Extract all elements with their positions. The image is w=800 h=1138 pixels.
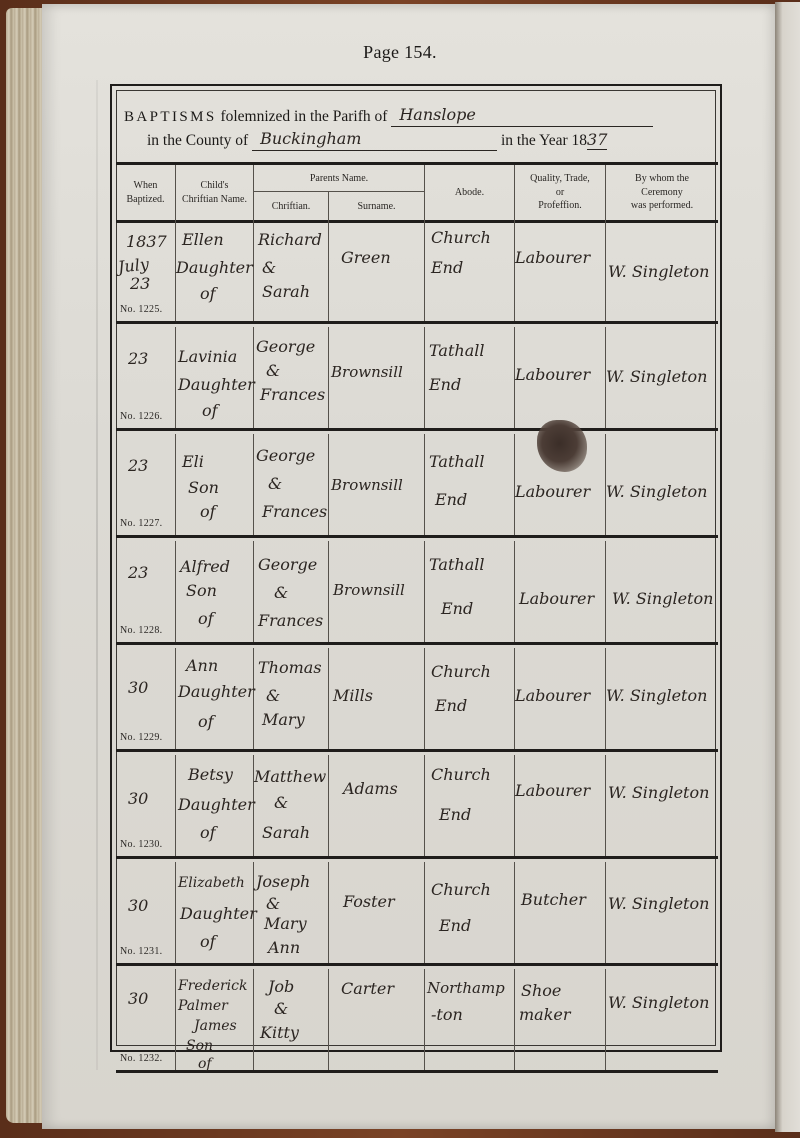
handwritten-text: Tathall — [429, 343, 484, 359]
handwritten-text: Ann — [268, 940, 300, 956]
handwritten-text: By whom the — [631, 172, 693, 186]
cell-parents-surname: Carter — [329, 969, 425, 1070]
handwritten-text: Green — [341, 250, 391, 266]
handwritten-text: Labourer — [515, 688, 590, 704]
handwritten-text: & — [274, 1001, 288, 1017]
handwritten-text: Sarah — [262, 284, 310, 300]
entry-number: No. 1228. — [120, 625, 162, 636]
handwritten-text: Daughter — [178, 377, 255, 393]
cell-when: 30 No. 1229. — [116, 648, 176, 749]
handwritten-text: James — [194, 1019, 237, 1033]
cell-when: 23 No. 1228. — [116, 541, 176, 642]
handwritten-text: Daughter — [178, 797, 255, 813]
handwritten-text: Frances — [260, 387, 325, 403]
cell-abode: Church End — [425, 220, 515, 321]
handwritten-text: Frances — [258, 613, 323, 629]
handwritten-text: of — [198, 714, 214, 730]
cell-parents-christian: Matthew & Sarah — [254, 755, 329, 856]
handwritten-text: When — [126, 179, 164, 193]
cell-officiant: W. Singleton — [606, 327, 718, 428]
cell-parents-surname: Foster — [329, 862, 425, 963]
handwritten-text: 30 — [128, 791, 148, 807]
handwritten-text: Church — [431, 664, 491, 680]
cell-officiant: W. Singleton — [606, 755, 718, 856]
handwritten-text: Labourer — [515, 484, 590, 500]
cell-abode: Tathall End — [425, 434, 515, 535]
handwritten-text: 23 — [128, 458, 148, 474]
handwritten-text: of — [200, 825, 216, 841]
county-label: in the County of — [147, 132, 248, 149]
title-baptisms: BAPTISMS — [124, 109, 217, 125]
cell-parents-surname: Brownsill — [329, 327, 425, 428]
handwritten-text: 1837 — [126, 234, 167, 250]
handwritten-text: End — [439, 918, 471, 934]
handwritten-text: Labourer — [515, 367, 590, 383]
handwritten-text: End — [435, 492, 467, 508]
table-row: 30 No. 1229. Ann Daughter of Thomas & Ma… — [116, 648, 718, 752]
handwritten-text: or — [530, 186, 590, 200]
handwritten-text: Brownsill — [331, 365, 403, 380]
handwritten-text: Tathall — [429, 557, 484, 573]
header-officiant: By whom theCeremonywas performed. — [606, 165, 718, 220]
baptism-entries: 1837 July 23 No. 1225. Ellen Daughter of… — [116, 220, 718, 1076]
handwritten-text: & — [262, 260, 276, 276]
table-header: WhenBaptized. Child'sChriftian Name. Par… — [116, 162, 718, 223]
handwritten-text: Frederick — [178, 979, 247, 993]
handwritten-text: Thomas — [258, 660, 322, 676]
table-row: 30 No. 1230. Betsy Daughter of Matthew &… — [116, 755, 718, 859]
handwritten-text: Church — [431, 230, 491, 246]
handwritten-text: Baptized. — [126, 193, 164, 207]
header-parents: Parents Name. — [254, 165, 425, 192]
cell-when: 23 No. 1227. — [116, 434, 176, 535]
cell-trade: Labourer — [515, 327, 606, 428]
table-row: 23 No. 1226. Lavinia Daughter of George … — [116, 327, 718, 431]
cell-when: 30 No. 1232. — [116, 969, 176, 1070]
title-parish-label: folemnized in the Parifh of — [220, 108, 387, 125]
handwritten-text: 30 — [128, 898, 148, 914]
entry-number: No. 1226. — [120, 411, 162, 422]
handwritten-text: Church — [431, 767, 491, 783]
cell-officiant: W. Singleton — [606, 220, 718, 321]
handwritten-text: Alfred — [180, 559, 230, 575]
handwritten-text: End — [441, 601, 473, 617]
handwritten-text: W. Singleton — [608, 264, 709, 280]
page-crease — [96, 80, 98, 1070]
entry-number: No. 1231. — [120, 946, 162, 957]
handwritten-text: End — [429, 377, 461, 393]
cell-when: 1837 July 23 No. 1225. — [116, 220, 176, 321]
cell-abode: Northamp -ton — [425, 969, 515, 1070]
handwritten-text: Son — [186, 1039, 213, 1053]
cell-child: Elizabeth Daughter of — [176, 862, 254, 963]
year-label: in the Year 18 — [501, 132, 587, 149]
handwritten-text: July — [117, 256, 149, 275]
cell-trade: Butcher — [515, 862, 606, 963]
handwritten-text: & — [274, 795, 288, 811]
title-line-county: in the County of Buckingham in the Year … — [147, 130, 607, 151]
page-number: Page 154. — [0, 42, 800, 63]
cell-child: Frederick Palmer James Son of — [176, 969, 254, 1070]
entry-number: No. 1227. — [120, 518, 162, 529]
handwritten-text: Betsy — [188, 767, 233, 783]
cell-parents-christian: Joseph & Mary Ann — [254, 862, 329, 963]
handwritten-text: Church — [431, 882, 491, 898]
handwritten-text: Brownsill — [331, 478, 403, 493]
cell-child: Eli Son of — [176, 434, 254, 535]
handwritten-text: W. Singleton — [608, 896, 709, 912]
county-field: Buckingham — [252, 130, 497, 151]
handwritten-text: Shoe — [521, 983, 561, 999]
handwritten-text: 30 — [128, 991, 148, 1007]
handwritten-text: Sarah — [262, 825, 310, 841]
handwritten-text: Quality, Trade, — [530, 172, 590, 186]
cell-officiant: W. Singleton — [606, 434, 718, 535]
handwritten-text: Kitty — [260, 1025, 299, 1041]
handwritten-text: & — [266, 688, 280, 704]
cell-child: Ellen Daughter of — [176, 220, 254, 321]
handwritten-text: Eli — [182, 454, 204, 470]
handwritten-text: Ann — [186, 658, 218, 674]
table-row: 30 No. 1231. Elizabeth Daughter of Josep… — [116, 862, 718, 966]
parish-value: Hanslope — [391, 105, 475, 124]
handwritten-text: Lavinia — [178, 349, 237, 365]
handwritten-text: of — [198, 611, 214, 627]
cell-abode: Tathall End — [425, 541, 515, 642]
handwritten-text: 23 — [130, 276, 150, 292]
handwritten-text: Chriftian Name. — [182, 193, 247, 207]
handwritten-text: Labourer — [515, 250, 590, 266]
handwritten-text: -ton — [431, 1007, 463, 1023]
handwritten-text: W. Singleton — [612, 591, 713, 607]
handwritten-text: Profeffion. — [530, 199, 590, 213]
header-parents-surname: Surname. — [329, 192, 425, 220]
cell-parents-surname: Brownsill — [329, 541, 425, 642]
handwritten-text: George — [256, 339, 315, 355]
cell-parents-surname: Adams — [329, 755, 425, 856]
cell-officiant: W. Singleton — [606, 648, 718, 749]
handwritten-text: Son — [186, 583, 217, 599]
handwritten-text: W. Singleton — [608, 995, 709, 1011]
cell-officiant: W. Singleton — [606, 862, 718, 963]
handwritten-text: Job — [268, 979, 294, 995]
cell-abode: Church End — [425, 862, 515, 963]
header-child-name: Child'sChriftian Name. — [176, 165, 254, 220]
handwritten-text: & — [268, 476, 282, 492]
handwritten-text: Palmer — [178, 999, 228, 1013]
cell-child: Ann Daughter of — [176, 648, 254, 749]
handwritten-text: of — [198, 1057, 212, 1071]
handwritten-text: Daughter — [178, 684, 255, 700]
handwritten-text: Joseph — [256, 874, 310, 890]
handwritten-text: Ellen — [182, 232, 224, 248]
entry-number: No. 1225. — [120, 304, 162, 315]
table-row: 1837 July 23 No. 1225. Ellen Daughter of… — [116, 220, 718, 324]
handwritten-text: 23 — [128, 565, 148, 581]
handwritten-text: Daughter — [176, 260, 253, 276]
handwritten-text: End — [439, 807, 471, 823]
handwritten-text: End — [435, 698, 467, 714]
handwritten-text: End — [431, 260, 463, 276]
cell-trade: Labourer — [515, 220, 606, 321]
cell-when: 30 No. 1231. — [116, 862, 176, 963]
cell-trade: Labourer — [515, 648, 606, 749]
handwritten-text: Labourer — [519, 591, 594, 607]
handwritten-text: & — [274, 585, 288, 601]
cell-child: Alfred Son of — [176, 541, 254, 642]
handwritten-text: W. Singleton — [608, 785, 709, 801]
handwritten-text: Brownsill — [333, 583, 405, 598]
handwritten-text: George — [258, 557, 317, 573]
handwritten-text: Carter — [341, 981, 394, 997]
cell-child: Betsy Daughter of — [176, 755, 254, 856]
table-row: 23 No. 1227. Eli Son of George & Frances… — [116, 434, 718, 538]
handwritten-text: maker — [519, 1007, 571, 1023]
handwritten-text: Frances — [262, 504, 327, 520]
cell-child: Lavinia Daughter of — [176, 327, 254, 428]
handwritten-text: Labourer — [515, 783, 590, 799]
cell-parents-christian: Job & Kitty — [254, 969, 329, 1070]
parish-field: Hanslope — [391, 106, 653, 127]
handwritten-text: Mills — [333, 688, 373, 704]
cell-abode: Church End — [425, 755, 515, 856]
cell-parents-christian: Thomas & Mary — [254, 648, 329, 749]
handwritten-text: W. Singleton — [606, 369, 707, 385]
entry-number: No. 1232. — [120, 1053, 162, 1064]
cell-parents-surname: Mills — [329, 648, 425, 749]
cell-parents-christian: George & Frances — [254, 541, 329, 642]
handwritten-text: Mary — [262, 712, 305, 728]
cell-trade: Labourer — [515, 541, 606, 642]
cell-parents-surname: Brownsill — [329, 434, 425, 535]
handwritten-text: & — [266, 363, 280, 379]
handwritten-text: Daughter — [180, 906, 257, 922]
handwritten-text: of — [200, 286, 216, 302]
header-when: WhenBaptized. — [116, 165, 176, 220]
cell-trade: Labourer — [515, 755, 606, 856]
cell-parents-christian: George & Frances — [254, 434, 329, 535]
handwritten-text: Mary — [264, 916, 307, 932]
table-row: 30 No. 1232. Frederick Palmer James Son … — [116, 969, 718, 1073]
handwritten-text: Northamp — [427, 981, 505, 996]
handwritten-text: George — [256, 448, 315, 464]
handwritten-text: of — [200, 934, 216, 950]
handwritten-text: of — [202, 403, 218, 419]
year-value: 37 — [587, 130, 607, 150]
handwritten-text: Richard — [258, 232, 322, 248]
cell-officiant: W. Singleton — [606, 969, 718, 1070]
handwritten-text: W. Singleton — [606, 484, 707, 500]
handwritten-text: Child's — [182, 179, 247, 193]
cell-officiant: W. Singleton — [606, 541, 718, 642]
handwritten-text: Butcher — [521, 892, 586, 908]
cell-when: 23 No. 1226. — [116, 327, 176, 428]
handwritten-text: Tathall — [429, 454, 484, 470]
entry-number: No. 1229. — [120, 732, 162, 743]
cell-parents-christian: Richard & Sarah — [254, 220, 329, 321]
header-quality: Quality, Trade,orProfeffion. — [515, 165, 606, 220]
handwritten-text: Elizabeth — [178, 876, 245, 890]
cell-abode: Church End — [425, 648, 515, 749]
handwritten-text: 23 — [128, 351, 148, 367]
header-abode: Abode. — [425, 165, 515, 220]
cell-parents-surname: Green — [329, 220, 425, 321]
handwritten-text: W. Singleton — [606, 688, 707, 704]
handwritten-text: 30 — [128, 680, 148, 696]
header-parents-christian: Chriftian. — [254, 192, 329, 220]
county-value: Buckingham — [252, 129, 361, 148]
handwritten-text: & — [266, 896, 280, 912]
handwritten-text: of — [200, 504, 216, 520]
handwritten-text: was performed. — [631, 199, 693, 213]
handwritten-text: Matthew — [254, 769, 326, 785]
next-page-edge — [775, 2, 800, 1132]
handwritten-text: Son — [188, 480, 219, 496]
table-row: 23 No. 1228. Alfred Son of George & Fran… — [116, 541, 718, 645]
cell-abode: Tathall End — [425, 327, 515, 428]
handwritten-text: Foster — [343, 894, 395, 910]
entry-number: No. 1230. — [120, 839, 162, 850]
title-line-parish: BAPTISMS folemnized in the Parifh of Han… — [124, 106, 653, 127]
cell-trade: Shoe maker — [515, 969, 606, 1070]
register-title: BAPTISMS folemnized in the Parifh of Han… — [118, 92, 714, 162]
handwritten-text: Ceremony — [631, 186, 693, 200]
cell-when: 30 No. 1230. — [116, 755, 176, 856]
handwritten-text: Adams — [343, 781, 398, 797]
cell-parents-christian: George & Frances — [254, 327, 329, 428]
